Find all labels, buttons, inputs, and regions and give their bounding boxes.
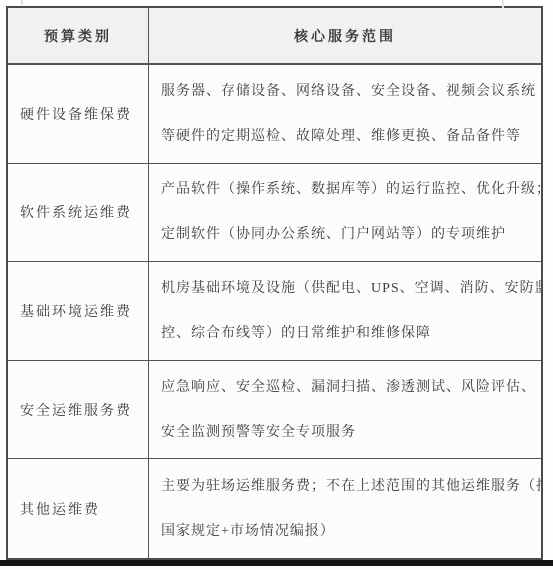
table-row-category-security: 安全运维服务费	[8, 361, 149, 460]
table-row-scope-infrastructure: 机房基础环境及设施（供配电、UPS、空调、消防、安防监 控、综合布线等）的日常维…	[149, 262, 541, 361]
scope-line: 国家规定+市场情况编报）	[161, 509, 535, 554]
scope-line: 服务器、存储设备、网络设备、安全设备、视频会议系统	[161, 69, 535, 114]
table-row-scope-security: 应急响应、安全巡检、漏洞扫描、渗透测试、风险评估、 安全监测预警等安全专项服务	[149, 361, 541, 460]
screenshot-artifact-mark	[502, 0, 504, 8]
scope-line: 定制软件（协同办公系统、门户网站等）的专项维护	[161, 212, 535, 257]
header-cell-scope: 核心服务范围	[149, 8, 541, 65]
bottom-black-bar	[0, 560, 553, 566]
scope-line: 主要为驻场运维服务费；不在上述范围的其他运维服务（按	[161, 464, 535, 509]
screenshot-artifact-mark	[21, 0, 23, 5]
table-row-category-other: 其他运维费	[8, 459, 149, 558]
table-row-category-hardware: 硬件设备维保费	[8, 65, 149, 164]
scope-line: 应急响应、安全巡检、漏洞扫描、渗透测试、风险评估、	[161, 365, 535, 410]
header-cell-category: 预算类别	[8, 8, 149, 65]
scope-line: 等硬件的定期巡检、故障处理、维修更换、备品备件等	[161, 114, 535, 159]
scope-line: 安全监测预警等安全专项服务	[161, 410, 535, 455]
document-page: 预算类别 核心服务范围 硬件设备维保费 服务器、存储设备、网络设备、安全设备、视…	[0, 0, 553, 569]
table-row-scope-hardware: 服务器、存储设备、网络设备、安全设备、视频会议系统 等硬件的定期巡检、故障处理、…	[149, 65, 541, 164]
table-row-category-software: 软件系统运维费	[8, 164, 149, 263]
scope-line: 产品软件（操作系统、数据库等）的运行监控、优化升级；	[161, 167, 535, 212]
scope-line: 控、综合布线等）的日常维护和维修保障	[161, 311, 535, 356]
table-row-scope-software: 产品软件（操作系统、数据库等）的运行监控、优化升级； 定制软件（协同办公系统、门…	[149, 164, 541, 263]
table-row-category-infrastructure: 基础环境运维费	[8, 262, 149, 361]
budget-service-table: 预算类别 核心服务范围 硬件设备维保费 服务器、存储设备、网络设备、安全设备、视…	[6, 6, 543, 560]
scope-line: 机房基础环境及设施（供配电、UPS、空调、消防、安防监	[161, 266, 535, 311]
table-row-scope-other: 主要为驻场运维服务费；不在上述范围的其他运维服务（按 国家规定+市场情况编报）	[149, 459, 541, 558]
